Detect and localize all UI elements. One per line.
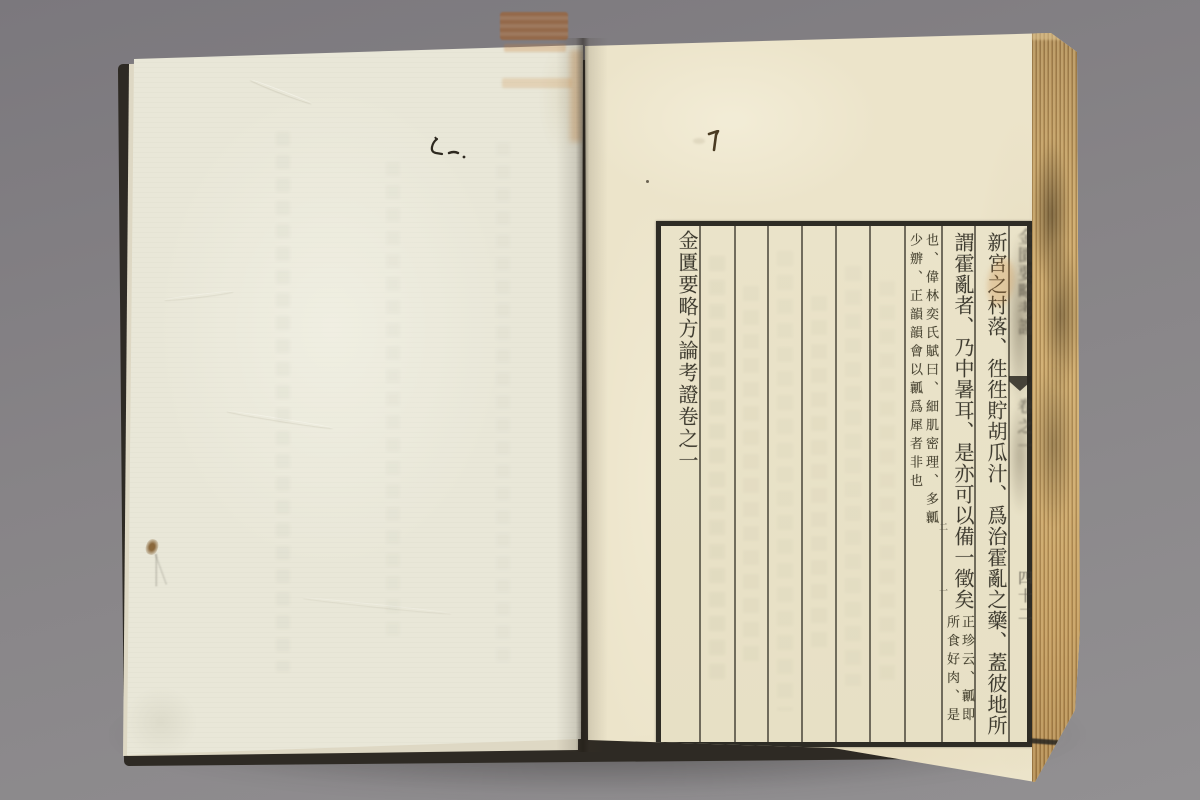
- column-rule: [801, 226, 803, 742]
- main-text-column-1: 新宮之村落、徃徃貯胡瓜汁、爲治霍亂之藥、蓋彼地所: [976, 232, 1006, 736]
- ink-squiggle-mark: [423, 136, 467, 168]
- column-rule: [835, 226, 837, 742]
- edge-ink-mottle: [1032, 140, 1080, 390]
- column-rule: [734, 226, 736, 742]
- photo-of-open-woodblock-book: 金匱要略方論考證卷之一 也、偉林奕氏賦曰、細肌密理、多瓤 少辧、正韻韻會以瓤爲犀…: [0, 0, 1200, 800]
- column-rule: [699, 226, 701, 742]
- right-page-printed-recto: 金匱要略方論考證卷之一 也、偉林奕氏賦曰、細肌密理、多瓤 少辧、正韻韻會以瓤爲犀…: [583, 30, 1080, 784]
- edge-top-highlight: [1032, 30, 1080, 40]
- paper-crease: [164, 290, 234, 302]
- annotation-col3-right: 也、偉林奕氏賦曰、細肌密理、多瓤: [922, 233, 937, 529]
- kunten-mark: 一: [939, 584, 948, 597]
- bleed-through-ghost: [743, 286, 759, 666]
- banxin-page-number: 四十二: [1012, 570, 1032, 624]
- annotation-col2-left: 所食好肉、是: [943, 615, 958, 726]
- edge-ink-mottle: [1032, 360, 1080, 570]
- column-rule: [869, 226, 871, 742]
- fore-edge-page-stack: [1032, 30, 1080, 784]
- paper-crease: [302, 596, 451, 615]
- bleed-through-ghost: [811, 296, 827, 656]
- banxin-show-through-smudge: [1005, 230, 1035, 410]
- bleed-through-ghost: [777, 251, 793, 711]
- watermark-seal: [500, 12, 568, 40]
- main-text-column-2: 謂霍亂者、乃中暑耳、是亦可以備一徵矣: [943, 232, 973, 610]
- paper-crease: [250, 78, 313, 104]
- text-frame-border: 金匱要略方論考證卷之一 也、偉林奕氏賦曰、細肌密理、多瓤 少辧、正韻韻會以瓤爲犀…: [656, 221, 1032, 747]
- bleed-through-ghost: [276, 132, 290, 672]
- binding-warm-edge: [570, 50, 583, 142]
- stain-streaks: [132, 550, 183, 590]
- faint-smudge: [693, 138, 705, 144]
- bleed-through-ghost: [386, 162, 400, 642]
- banxin-show-through-smudge: [1007, 396, 1033, 516]
- annotation-col3-left: 少辧、正韻韻會以瓤爲犀者非也: [906, 233, 921, 492]
- kunten-mark: 二: [939, 520, 948, 533]
- annotation-col2-right: 正珍云、瓤即: [958, 615, 973, 726]
- column-rule: [767, 226, 769, 742]
- ink-mark-seven: [707, 130, 721, 152]
- bleed-through-ghost: [845, 266, 861, 686]
- speck: [646, 180, 649, 183]
- bleed-through-ghost: [879, 281, 895, 681]
- bleed-through-ghost: [709, 256, 725, 686]
- left-page-blank-verso: [124, 42, 584, 758]
- volume-end-title: 金匱要略方論考證卷之一: [663, 230, 697, 472]
- bleed-through-ghost: [496, 142, 510, 662]
